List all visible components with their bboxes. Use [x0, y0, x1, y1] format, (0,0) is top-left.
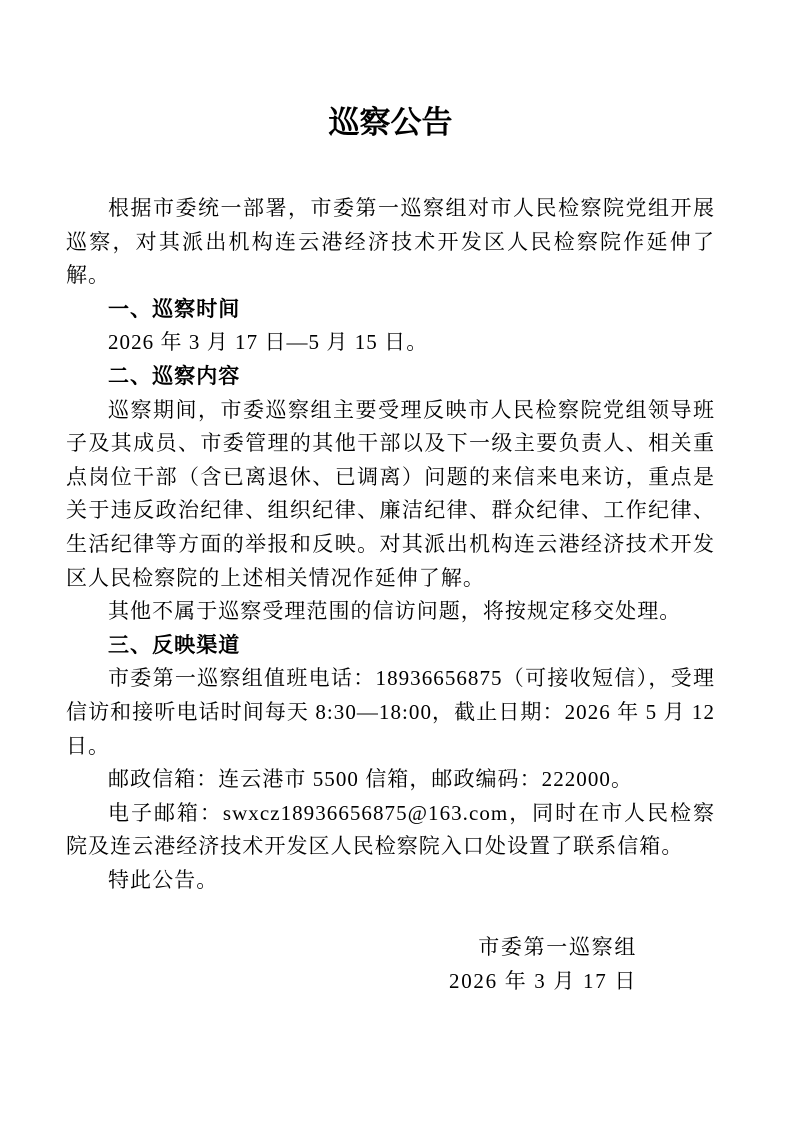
paragraph-closing: 特此公告。 — [66, 864, 715, 898]
signature-author: 市委第一巡察组 — [66, 931, 637, 965]
paragraph-inspection-scope: 巡察期间，市委巡察组主要受理反映市人民检察院党组领导班子及其成员、市委管理的其他… — [66, 394, 715, 596]
paragraph-postal-channel: 邮政信箱：连云港市 5500 信箱，邮政编码：222000。 — [66, 763, 715, 797]
signature-block: 市委第一巡察组 2026 年 3 月 17 日 — [66, 931, 715, 998]
paragraph-email-channel: 电子邮箱：swxcz18936656875@163.com，同时在市人民检察院及… — [66, 797, 715, 864]
paragraph-out-of-scope-note: 其他不属于巡察受理范围的信访问题，将按规定移交处理。 — [66, 595, 715, 629]
document-body: 根据市委统一部署，市委第一巡察组对市人民检察院党组开展巡察，对其派出机构连云港经… — [66, 192, 715, 897]
paragraph-phone-channel: 市委第一巡察组值班电话：18936656875（可接收短信），受理信访和接听电话… — [66, 662, 715, 763]
paragraph-intro: 根据市委统一部署，市委第一巡察组对市人民检察院党组开展巡察，对其派出机构连云港经… — [66, 192, 715, 293]
paragraph-inspection-time-range: 2026 年 3 月 17 日—5 月 15 日。 — [66, 326, 715, 360]
document-title: 巡察公告 — [66, 103, 715, 143]
section-heading-inspection-time: 一、巡察时间 — [66, 293, 715, 327]
section-heading-feedback-channels: 三、反映渠道 — [66, 629, 715, 663]
signature-date: 2026 年 3 月 17 日 — [66, 965, 637, 999]
document-page: 巡察公告 根据市委统一部署，市委第一巡察组对市人民检察院党组开展巡察，对其派出机… — [0, 0, 793, 1124]
section-heading-inspection-content: 二、巡察内容 — [66, 360, 715, 394]
